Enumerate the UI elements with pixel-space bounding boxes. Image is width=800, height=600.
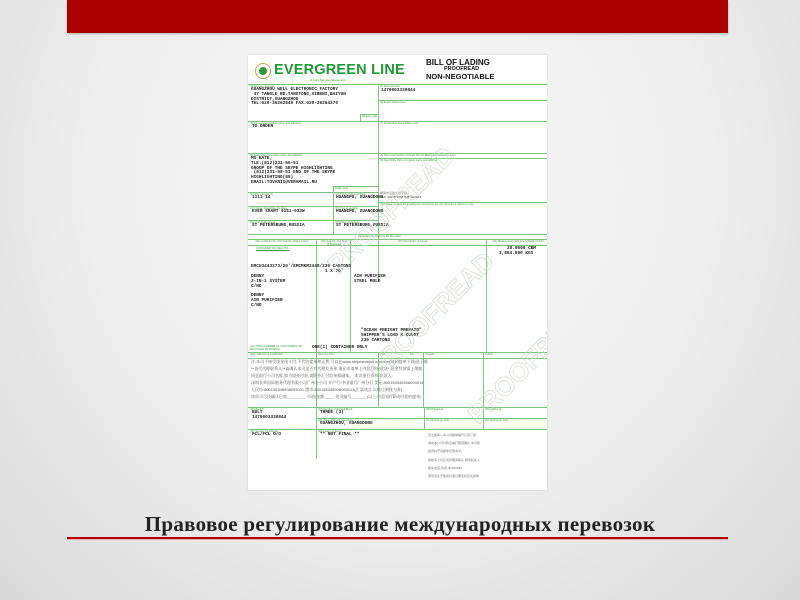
vessel-value: EVER SMART 0151-032W	[252, 210, 305, 215]
proofread-watermark: PROOFREAD	[361, 246, 500, 385]
slide-caption: Правовое регулирование международных пер…	[0, 512, 800, 537]
goods-value: AIR PURIFIER STEEL MOLD	[354, 275, 386, 285]
exchange-rate-label: (31) Exchange Rate	[426, 419, 449, 422]
port-of-discharge-value: ST PETERSBURG,RUSSIA	[252, 224, 305, 229]
bill-of-lading-image: EVERGREEN LINE A Joint Service Agreement…	[248, 55, 547, 490]
collect-label: Collect	[485, 353, 493, 356]
document-no-value: 1470003330844	[381, 89, 415, 94]
place-of-issue-value: GUANGZHOU, GUANGDONG	[320, 422, 373, 427]
shipper-value: GUANGZHOU WELL ELECTRONIC FACTORY 47 TAN…	[251, 88, 346, 107]
export-references-label: (6) Export References	[380, 101, 405, 104]
freight-charges-label: (24) FREIGHT & CHARGES	[250, 353, 283, 356]
marks-value: DENNY 3-IN-1 SYSTEM C/NO DENNY AIR PURIF…	[251, 275, 285, 309]
marks-column-label: (18) Container No. And Seal No. Marks & …	[250, 240, 314, 243]
laden-on-board-value: ** NOT FINAL **	[320, 433, 360, 438]
notify-party-value: MS KATE, TLE:(812)331-60-51 GROUP OF THE…	[251, 157, 335, 186]
place-of-receipt-value: HUANGPU, GUANGDONG	[336, 196, 383, 201]
remarks-line: 人民币:800155345908093001 港币:80015534590809…	[251, 387, 402, 394]
container-seal-label: CONTAINER NO./SEAL NO.	[256, 247, 289, 250]
prepaid-at-label: (29) Prepaid at	[426, 408, 443, 411]
terms-line: 按资料开具提单发票请求。	[428, 447, 464, 456]
total-packages-label: (22) TOTAL NUMBER OF CONTAINERS OR PACKA…	[250, 345, 310, 351]
forwarding-agent-label: (7) Forwarding Agent-References	[380, 122, 418, 125]
total-packages-value: ONE(1) CONTAINER ONLY	[312, 346, 367, 351]
title-bar	[67, 0, 728, 33]
bl-no-value: BULT 1470003330844	[252, 411, 286, 421]
revenue-tons-label: Revenue Tons	[318, 353, 335, 356]
proofread-watermark: PROOFREAD	[461, 291, 547, 430]
pre-carriage-value: 1111 14	[252, 196, 270, 201]
terms-line: 费用需在开船前付清以便及时签发提单	[428, 472, 479, 481]
non-negotiable-label: NON-NEGOTIABLE	[426, 72, 494, 81]
gross-weight-value: 3,894.000 KGS	[499, 252, 533, 257]
remarks-line: 请贵司尽快确认已收,________ 币别/金额,____ 贵司编号,_____…	[251, 394, 422, 401]
brand-name: EVERGREEN LINE	[274, 62, 405, 78]
measurement-column-label: (21) Measurement (M³) Gross Weight (KGS)	[492, 240, 544, 243]
original-bl-value: THREE (3)	[320, 411, 344, 416]
description-column-label: (20) Description of Goods	[398, 240, 428, 243]
remarks-line: 深圳长荣国际船务代理有限公司广州分公司 开户行:中国银行广州分行 美元:8001…	[251, 380, 424, 387]
shipper-code-label: Shipper code	[362, 115, 377, 118]
service-type-value: FCL/FCL O/O	[252, 433, 281, 438]
brand-subtitle: A Joint Service Agreement	[310, 78, 345, 82]
notify-code-label: Notify code	[335, 187, 348, 190]
evergreen-logo-icon	[255, 63, 271, 79]
consignee-value: TO ORDER	[252, 125, 273, 130]
prepaid-label: Prepaid	[425, 353, 434, 356]
caption-underline	[67, 537, 728, 539]
